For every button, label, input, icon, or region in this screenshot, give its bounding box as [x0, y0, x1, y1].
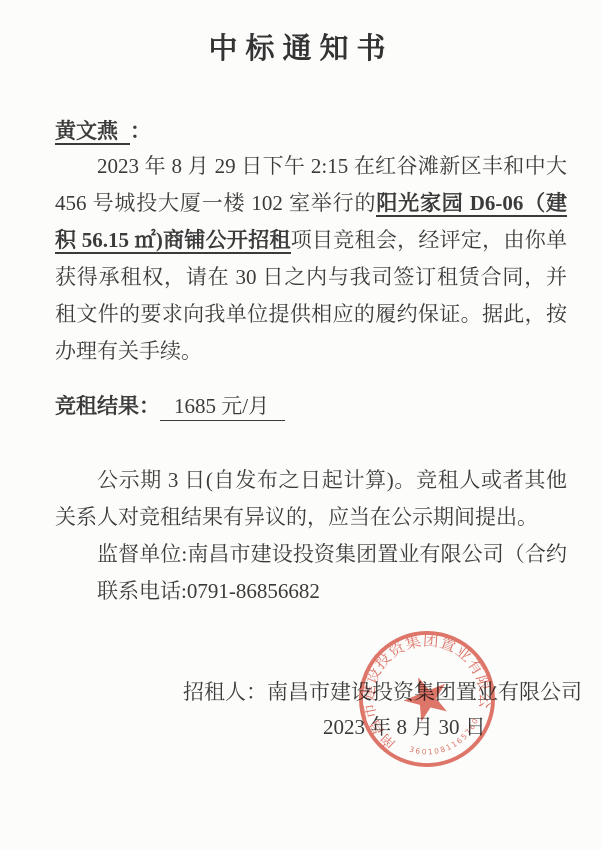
body-line-1: 2023 年 8 月 29 日下午 2:15 在红谷滩新区丰和中大道: [55, 148, 567, 185]
body-line-3: 积 56.15 ㎡)商铺公开招租项目竞租会，经评定，由你单位: [55, 222, 567, 259]
body-line-2: 456 号城投大厦一楼 102 室举行的阳光家园 D6-06（建筑面: [55, 185, 567, 222]
notice-line-1: 公示期 3 日(自发布之日起计算)。竞租人或者其他利害: [55, 462, 567, 499]
highlighted-project-area: 积 56.15 ㎡)商铺公开招租: [55, 228, 291, 254]
body-line-5: 租文件的要求向我单位提供相应的履约保证。据此，按规定: [55, 296, 567, 333]
signature-date: 2023 年 8 月 30 日: [323, 711, 486, 741]
lessor-signature-line: 招租人：南昌市建设投资集团置业有限公司: [183, 676, 582, 706]
notice-paragraph: 公示期 3 日(自发布之日起计算)。竞租人或者其他利害 关系人对竞租结果有异议的…: [55, 462, 567, 610]
salutation-line: 黄文燕：: [55, 115, 151, 145]
contact-phone-line: 联系电话:0791-86856682: [55, 573, 567, 610]
notice-line-2: 关系人对竞租结果有异议的，应当在公示期间提出。: [55, 499, 567, 536]
addressee-name: 黄文燕: [55, 119, 130, 145]
supervisor-line: 监督单位:南昌市建设投资集团置业有限公司（合约部）: [55, 536, 567, 573]
page-title: 中标通知书: [0, 26, 602, 67]
bid-result-label: 竞租结果：: [55, 394, 160, 418]
salutation-colon: ：: [130, 119, 151, 143]
body-line-6: 办理有关手续。: [55, 333, 567, 370]
bid-result-value: 1685 元/月: [160, 394, 285, 421]
bid-result-line: 竞租结果：1685 元/月: [55, 390, 285, 420]
body-line-4: 获得承租权，请在 30 日之内与我司签订租赁合同，并按招: [55, 259, 567, 296]
body-paragraph: 2023 年 8 月 29 日下午 2:15 在红谷滩新区丰和中大道 456 号…: [55, 148, 567, 370]
award-notice-document: 中标通知书 黄文燕： 2023 年 8 月 29 日下午 2:15 在红谷滩新区…: [0, 0, 602, 850]
